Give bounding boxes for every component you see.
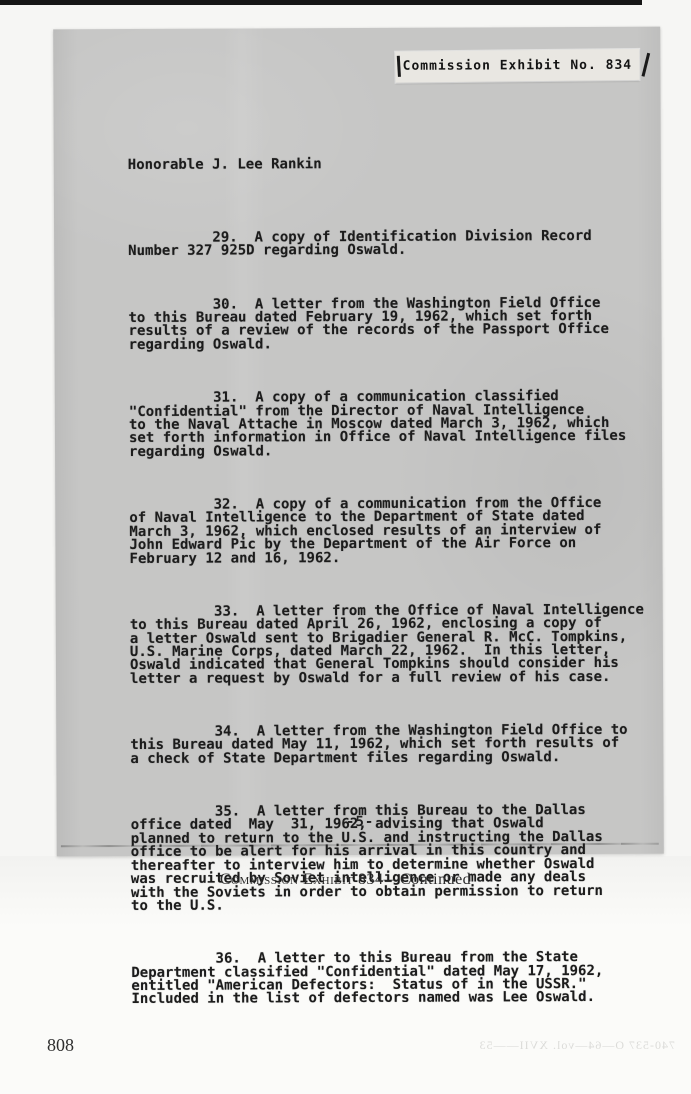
- folio-number: 808: [47, 1035, 74, 1056]
- exhibit-caption-rest: Continued: [400, 871, 471, 888]
- bleed-through-print-code: 740-537 O—64—vol. XVII——53: [455, 1038, 675, 1053]
- exhibit-stamp-label: Commission Exhibit No. 834: [403, 58, 633, 74]
- paragraph-34: 34. A letter from the Washington Field O…: [130, 724, 655, 767]
- page-number: -5-: [57, 813, 664, 832]
- scan-edge-artifact: [0, 0, 642, 5]
- stamp-mark-right: [642, 53, 651, 77]
- exhibit-stamp: Commission Exhibit No. 834: [395, 50, 639, 82]
- paragraph-30: 30. A letter from the Washington Field O…: [128, 296, 653, 352]
- scanned-document: Commission Exhibit No. 834 Honorable J. …: [0, 0, 691, 1094]
- paragraph-32: 32. A copy of a communication from the O…: [129, 497, 654, 566]
- exhibit-caption: Commission Exhibit 834—Continued: [0, 871, 691, 889]
- salutation: Honorable J. Lee Rankin: [128, 157, 653, 173]
- document-page: Commission Exhibit No. 834 Honorable J. …: [53, 27, 664, 857]
- paragraph-31: 31. A copy of a communication classified…: [129, 390, 654, 459]
- paragraph-36: 36. A letter to this Bureau from the Sta…: [131, 951, 656, 1007]
- paragraph-33: 33. A letter from the Office of Naval In…: [130, 603, 655, 686]
- exhibit-caption-smallcaps: Commission Exhibit 834—: [220, 871, 400, 888]
- letter-body: Honorable J. Lee Rankin 29. A copy of Id…: [128, 130, 657, 1047]
- paragraph-29: 29. A copy of Identification Division Re…: [128, 230, 653, 259]
